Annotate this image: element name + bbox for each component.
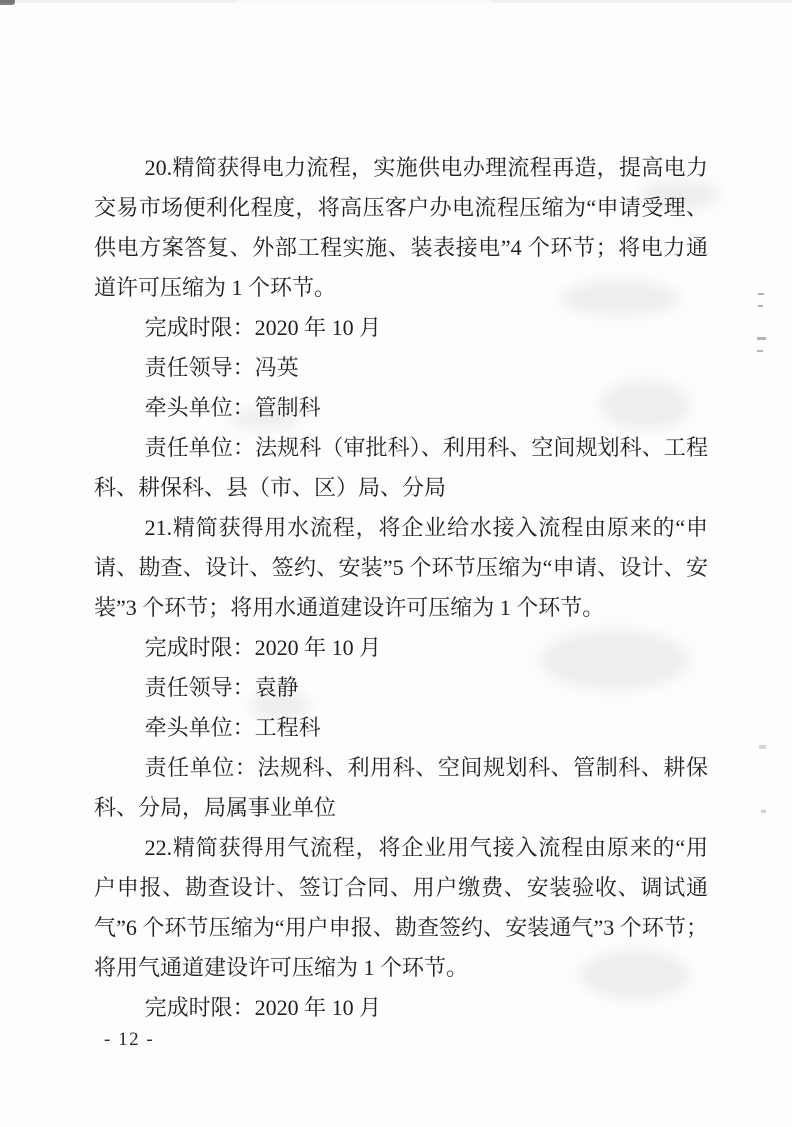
paragraph-responsible-units-21: 责任单位：法规科、利用科、空间规划科、管制科、耕保科、分局，局属事业单位 xyxy=(94,748,708,828)
scan-corner-mark xyxy=(0,0,15,5)
paragraph-item-21: 21.精简获得用水流程，将企业给水接入流程由原来的“申请、勘查、设计、签约、安装… xyxy=(94,508,708,628)
paragraph-lead-unit-21: 牵头单位：工程科 xyxy=(94,708,708,748)
scan-artifact xyxy=(761,810,766,813)
paragraph-deadline-22: 完成时限：2020 年 10 月 xyxy=(94,988,708,1028)
paragraph-deadline-20: 完成时限：2020 年 10 月 xyxy=(94,308,708,348)
paragraph-leader-21: 责任领导：袁静 xyxy=(94,668,708,708)
paragraph-lead-unit-20: 牵头单位：管制科 xyxy=(94,388,708,428)
scan-edge-artifact xyxy=(0,0,792,3)
document-page: 20.精简获得电力流程，实施供电办理流程再造，提高电力交易市场便利化程度，将高压… xyxy=(0,0,792,1127)
paragraph-leader-20: 责任领导：冯英 xyxy=(94,348,708,388)
text-block: 20.精简获得电力流程，实施供电办理流程再造，提高电力交易市场便利化程度，将高压… xyxy=(94,148,708,1028)
scan-artifact xyxy=(757,337,766,340)
scan-artifact xyxy=(759,745,766,749)
paragraph-item-20: 20.精简获得电力流程，实施供电办理流程再造，提高电力交易市场便利化程度，将高压… xyxy=(94,148,708,308)
scan-artifact xyxy=(758,305,763,307)
paragraph-item-22: 22.精简获得用气流程，将企业用气接入流程由原来的“用户申报、勘查设计、签订合同… xyxy=(94,828,708,988)
paragraph-responsible-units-20: 责任单位：法规科（审批科）、利用科、空间规划科、工程科、耕保科、县（市、区）局、… xyxy=(94,428,708,508)
paragraph-deadline-21: 完成时限：2020 年 10 月 xyxy=(94,628,708,668)
scan-artifact xyxy=(758,293,764,295)
scan-artifact xyxy=(757,350,763,352)
page-number: - 12 - xyxy=(104,1029,154,1051)
